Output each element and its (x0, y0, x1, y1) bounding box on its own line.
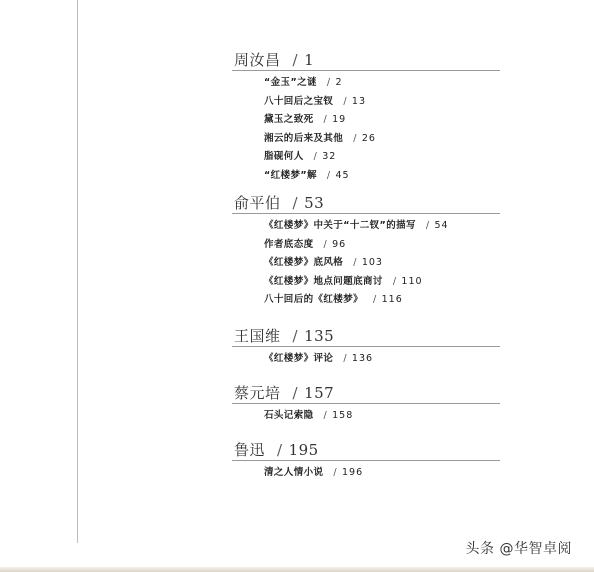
entry-page: 45 (336, 170, 350, 181)
entry-title: 黛玉之致死 (264, 114, 314, 125)
entry-page: 116 (382, 294, 403, 305)
section-page: 195 (289, 441, 319, 459)
entry-title: 《红楼梦》中关于“十二钗”的描写 (264, 220, 416, 231)
toc-entry[interactable]: 脂砚何人/32 (264, 148, 500, 167)
entry-page: 103 (362, 257, 383, 268)
section-author: 周汝昌 (234, 51, 281, 69)
separator: / (293, 327, 299, 345)
entry-page: 196 (342, 467, 363, 478)
entry-list: 清之人情小说/196 (232, 464, 500, 483)
toc-entry[interactable]: 湘云的后来及其他/26 (264, 130, 500, 149)
separator: / (324, 410, 328, 421)
toc-entry[interactable]: 《红楼梦》底风格/103 (264, 254, 500, 273)
toc-entry[interactable]: 《红楼梦》中关于“十二钗”的描写/54 (264, 217, 500, 236)
section-page: 53 (304, 194, 324, 212)
separator: / (324, 239, 328, 250)
entry-page: 158 (332, 410, 353, 421)
entry-list: 《红楼梦》评论/136 (232, 350, 500, 369)
separator: / (373, 294, 377, 305)
entry-list: 石头记索隐/158 (232, 407, 500, 426)
entry-title: 脂砚何人 (264, 151, 304, 162)
entry-page: 2 (336, 77, 343, 88)
entry-page: 96 (332, 239, 346, 250)
separator: / (293, 194, 299, 212)
section-page: 1 (304, 51, 314, 69)
entry-title: 湘云的后来及其他 (264, 133, 343, 144)
watermark: 头条 @华智卓阅 (466, 538, 572, 558)
entry-page: 54 (435, 220, 449, 231)
entry-page: 110 (401, 276, 422, 287)
toc-section: 鲁迅/195 清之人情小说/196 (232, 440, 500, 497)
toc-entry[interactable]: 黛玉之致死/19 (264, 111, 500, 130)
page-margin-line (77, 0, 78, 543)
section-author: 王国维 (234, 327, 281, 345)
separator: / (393, 276, 397, 287)
toc-entry[interactable]: 清之人情小说/196 (264, 464, 500, 483)
toc-entry[interactable]: 八十回后的《红楼梦》/116 (264, 291, 500, 310)
entry-page: 19 (332, 114, 346, 125)
separator: / (277, 441, 283, 459)
entry-title: 石头记索隐 (264, 410, 314, 421)
separator: / (293, 384, 299, 402)
toc-entry[interactable]: 八十回后之宝钗/13 (264, 93, 500, 112)
toc-section: 蔡元培/157 石头记索隐/158 (232, 383, 500, 440)
section-author: 俞平伯 (234, 194, 281, 212)
section-page: 135 (304, 327, 334, 345)
toc-entry[interactable]: “金玉”之谜/2 (264, 74, 500, 93)
entry-title: 《红楼梦》底风格 (264, 257, 343, 268)
entry-title: 清之人情小说 (264, 467, 323, 478)
entry-page: 136 (352, 353, 373, 364)
table-of-contents: 周汝昌/1 “金玉”之谜/2 八十回后之宝钗/13 黛玉之致死/19 湘云的后来… (232, 50, 500, 497)
entry-page: 26 (362, 133, 376, 144)
toc-entry[interactable]: 作者底态度/96 (264, 236, 500, 255)
entry-title: 八十回后的《红楼梦》 (264, 294, 363, 305)
toc-entry[interactable]: 《红楼梦》评论/136 (264, 350, 500, 369)
section-header[interactable]: 俞平伯/53 (232, 193, 500, 214)
entry-title: 八十回后之宝钗 (264, 96, 333, 107)
separator: / (343, 353, 347, 364)
entry-list: 《红楼梦》中关于“十二钗”的描写/54 作者底态度/96 《红楼梦》底风格/10… (232, 217, 500, 310)
section-header[interactable]: 鲁迅/195 (232, 440, 500, 461)
entry-title: 作者底态度 (264, 239, 314, 250)
toc-section: 俞平伯/53 《红楼梦》中关于“十二钗”的描写/54 作者底态度/96 《红楼梦… (232, 193, 500, 326)
entry-title: 《红楼梦》地点问题底商讨 (264, 276, 383, 287)
entry-page: 13 (352, 96, 366, 107)
toc-section: 周汝昌/1 “金玉”之谜/2 八十回后之宝钗/13 黛玉之致死/19 湘云的后来… (232, 50, 500, 193)
separator: / (327, 170, 331, 181)
section-header[interactable]: 王国维/135 (232, 326, 500, 347)
entry-list: “金玉”之谜/2 八十回后之宝钗/13 黛玉之致死/19 湘云的后来及其他/26… (232, 74, 500, 185)
separator: / (333, 467, 337, 478)
section-author: 蔡元培 (234, 384, 281, 402)
entry-title: “金玉”之谜 (264, 77, 317, 88)
separator: / (353, 133, 357, 144)
separator: / (324, 114, 328, 125)
bottom-strip (0, 567, 594, 572)
entry-title: “红楼梦”解 (264, 170, 317, 181)
section-page: 157 (304, 384, 334, 402)
separator: / (426, 220, 430, 231)
separator: / (314, 151, 318, 162)
entry-title: 《红楼梦》评论 (264, 353, 333, 364)
toc-section: 王国维/135 《红楼梦》评论/136 (232, 326, 500, 383)
section-header[interactable]: 蔡元培/157 (232, 383, 500, 404)
entry-page: 32 (322, 151, 336, 162)
section-author: 鲁迅 (234, 441, 265, 459)
separator: / (353, 257, 357, 268)
separator: / (327, 77, 331, 88)
section-header[interactable]: 周汝昌/1 (232, 50, 500, 71)
toc-entry[interactable]: “红楼梦”解/45 (264, 167, 500, 186)
toc-entry[interactable]: 《红楼梦》地点问题底商讨/110 (264, 273, 500, 292)
toc-entry[interactable]: 石头记索隐/158 (264, 407, 500, 426)
separator: / (293, 51, 299, 69)
separator: / (343, 96, 347, 107)
